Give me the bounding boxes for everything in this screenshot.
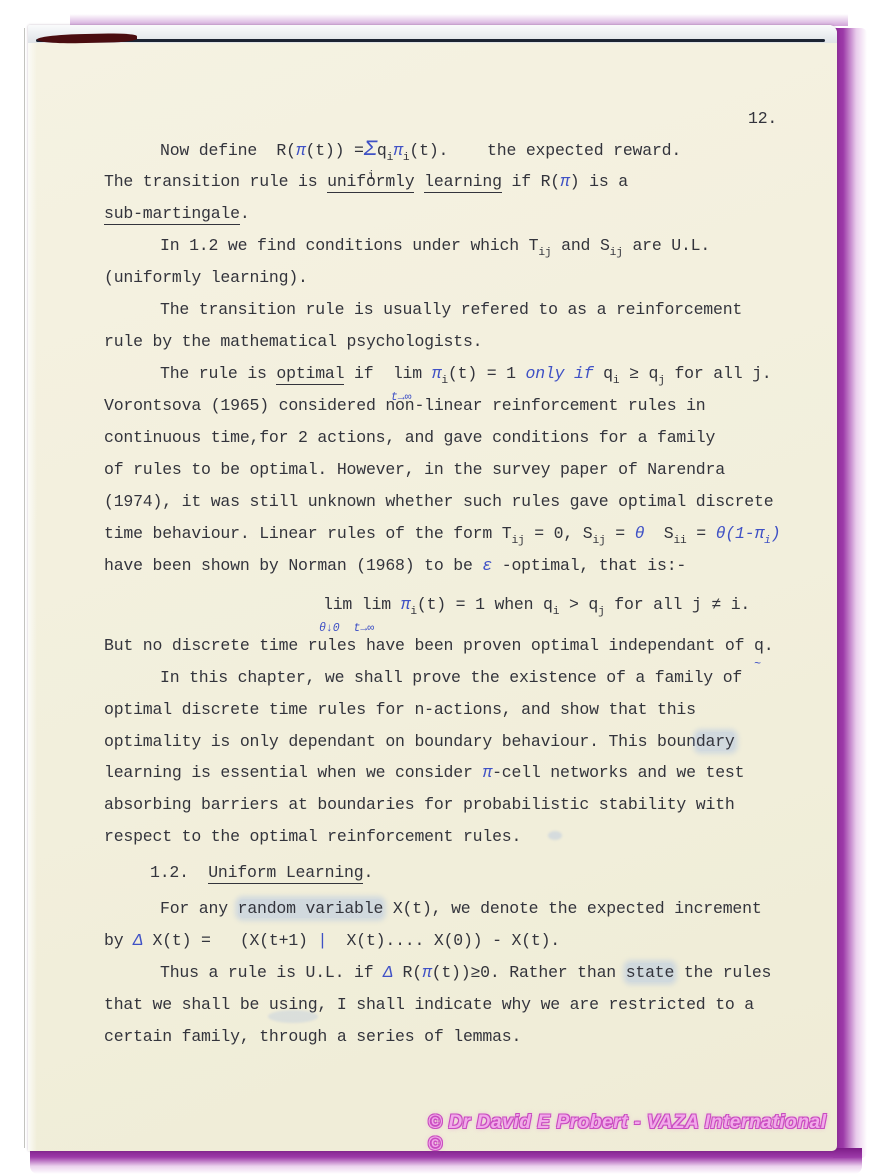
ink-smudge — [268, 1010, 318, 1023]
text-line: that we shall be using, I shall indicate… — [104, 993, 754, 1017]
text-line: optimality is only dependant on boundary… — [104, 730, 735, 754]
text-line: optimal discrete time rules for n-action… — [104, 698, 696, 722]
text-line: Now define R(π(t)) =Σiqiπi(t). the expec… — [160, 137, 681, 170]
page-number: 12. — [748, 107, 777, 131]
scan-edge-line — [24, 28, 25, 1148]
text-line: rule by the mathematical psychologists. — [104, 330, 482, 354]
text-line: sub-martingale. — [104, 202, 250, 226]
text-line: have been shown by Norman (1968) to be ε… — [104, 554, 686, 578]
text-line: continuous time,for 2 actions, and gave … — [104, 426, 715, 450]
text-line: respect to the optimal reinforcement rul… — [104, 825, 521, 849]
text-line: learning is essential when we consider π… — [104, 761, 744, 785]
text-line: absorbing barriers at boundaries for pro… — [104, 793, 735, 817]
equation-line: lim limθ↓0 t→∞ πi(t) = 1 when qi > qj fo… — [323, 593, 750, 624]
text-line: Vorontsova (1965) considered non-linear … — [104, 394, 706, 418]
section-heading: 1.2. Uniform Learning. — [150, 861, 373, 885]
text-line: certain family, through a series of lemm… — [104, 1025, 521, 1049]
text-line: Thus a rule is U.L. if Δ R(π(t))≥0. Rath… — [160, 961, 771, 985]
text-line: by Δ X(t) = (X(t+1) | X(t).... X(0)) - X… — [104, 929, 560, 953]
text-line: (1974), it was still unknown whether suc… — [104, 490, 773, 514]
ink-smudge — [548, 831, 562, 840]
copyright-watermark: © Dr David E Probert - VAZA Internationa… — [428, 1112, 837, 1156]
text-line: In this chapter, we shall prove the exis… — [160, 666, 742, 690]
text-line: time behaviour. Linear rules of the form… — [104, 522, 780, 553]
text-line: The transition rule is usually refered t… — [160, 298, 742, 322]
text-line: The transition rule is uniformly learnin… — [104, 170, 628, 194]
scanned-page: 12.Now define R(π(t)) =Σiqiπi(t). the ex… — [28, 25, 837, 1151]
text-line: (uniformly learning). — [104, 266, 308, 290]
text-line: of rules to be optimal. However, in the … — [104, 458, 725, 482]
page-content: 12.Now define R(π(t)) =Σiqiπi(t). the ex… — [28, 25, 837, 1151]
text-line: The rule is optimal if limt→∞ πi(t) = 1 … — [160, 362, 772, 393]
text-line: But no discrete time rules have been pro… — [104, 634, 773, 658]
text-line: In 1.2 we find conditions under which Ti… — [160, 234, 710, 265]
text-line: For any random variable X(t), we denote … — [160, 897, 762, 921]
scan-border-glow-right — [833, 28, 867, 1158]
